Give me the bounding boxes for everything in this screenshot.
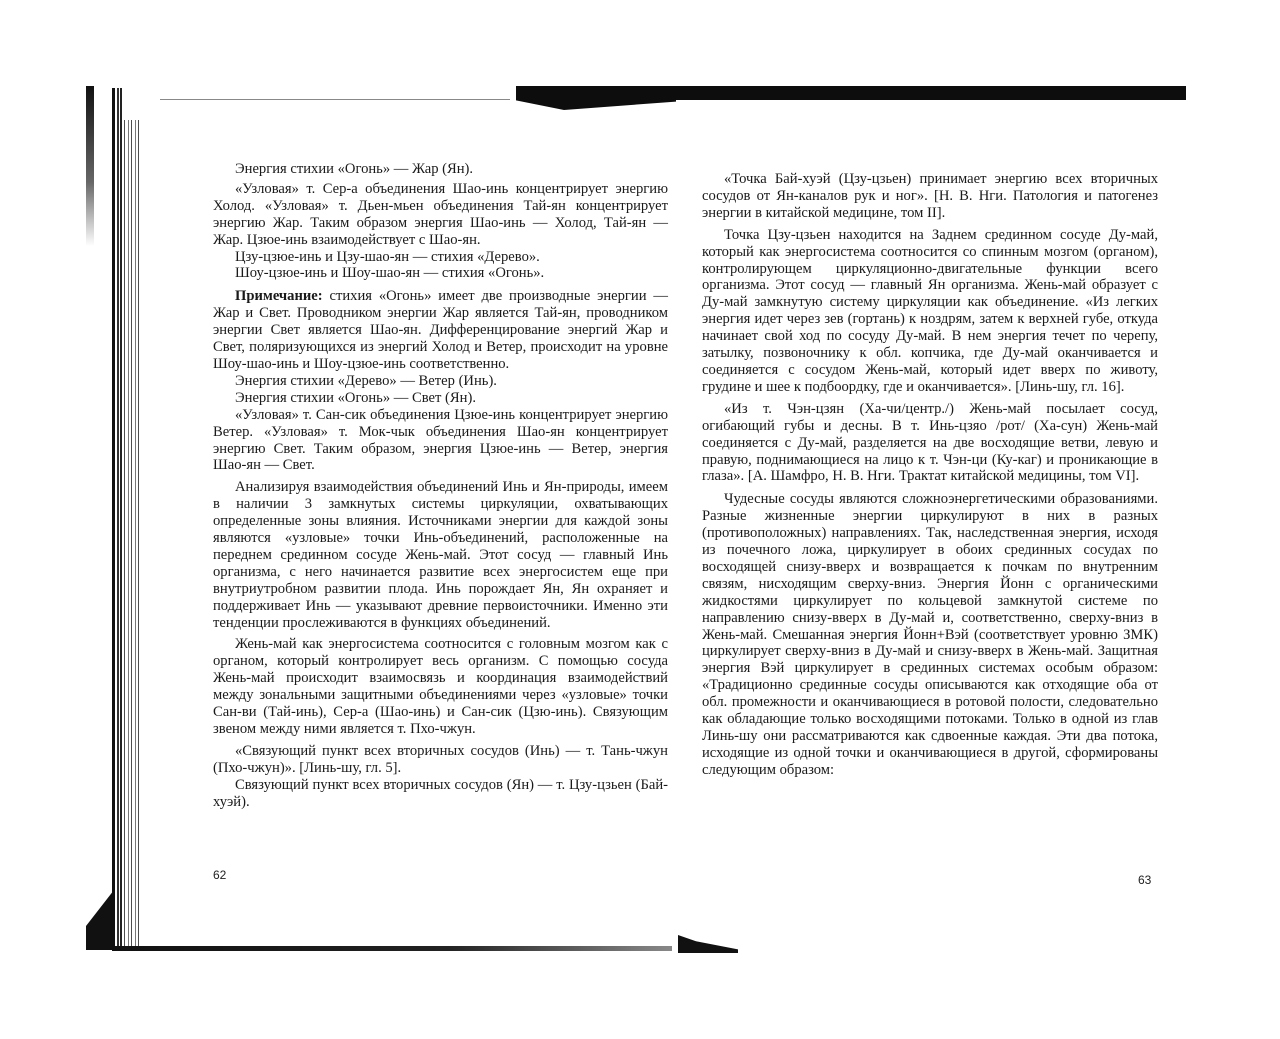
book-page-edges [124,120,142,950]
paragraph: Чудесные сосуды являются сложноэнергетич… [702,491,1158,778]
page-number-right: 63 [1138,873,1151,887]
page-number-left: 62 [213,868,226,882]
paragraph: Жень-май как энергосистема соотносится с… [213,636,668,737]
book-spine-edge [112,88,122,950]
note-label: Примечание: [235,288,323,304]
paragraph: Энергия стихии «Огонь» — Жар (Ян). [213,161,668,178]
scan-top-edge-shadow [516,86,1186,100]
paragraph: Цзу-цзюе-инь и Цзу-шао-ян — стихия «Дере… [213,249,668,266]
paragraph: Шоу-цзюе-инь и Шоу-шао-ян — стихия «Огон… [213,265,668,282]
note-paragraph: Примечание: стихия «Огонь» имеет две про… [213,288,668,373]
paragraph: «Узловая» т. Сер-а объединения Шао-инь к… [213,181,668,249]
paragraph: «Узловая» т. Сан-сик объединения Цзюе-ин… [213,407,668,475]
scan-top-edge-line [160,99,510,100]
paragraph: «Из т. Чэн-цзян (Ха-чи/центр./) Жень-май… [702,401,1158,486]
scan-corner-shadow [86,890,114,950]
paragraph: Точка Цзу-цзьен находится на Заднем сред… [702,227,1158,396]
paragraph: Энергия стихии «Дерево» — Ветер (Инь). [213,373,668,390]
paragraph: «Точка Бай-хуэй (Цзу-цзьен) принимает эн… [702,171,1158,222]
scan-bottom-edge [112,946,672,951]
gutter-shadow [678,935,738,953]
paragraph: Энергия стихии «Огонь» — Свет (Ян). [213,390,668,407]
scan-edge-artifact [86,86,94,246]
right-page: «Точка Бай-хуэй (Цзу-цзьен) принимает эн… [702,171,1158,782]
paragraph: Анализируя взаимодействия объединений Ин… [213,479,668,631]
paragraph: «Связующий пункт всех вторичных сосудов … [213,743,668,777]
paragraph: Связующий пункт всех вторичных сосудов (… [213,777,668,811]
left-page: Энергия стихии «Огонь» — Жар (Ян). «Узло… [213,161,668,814]
